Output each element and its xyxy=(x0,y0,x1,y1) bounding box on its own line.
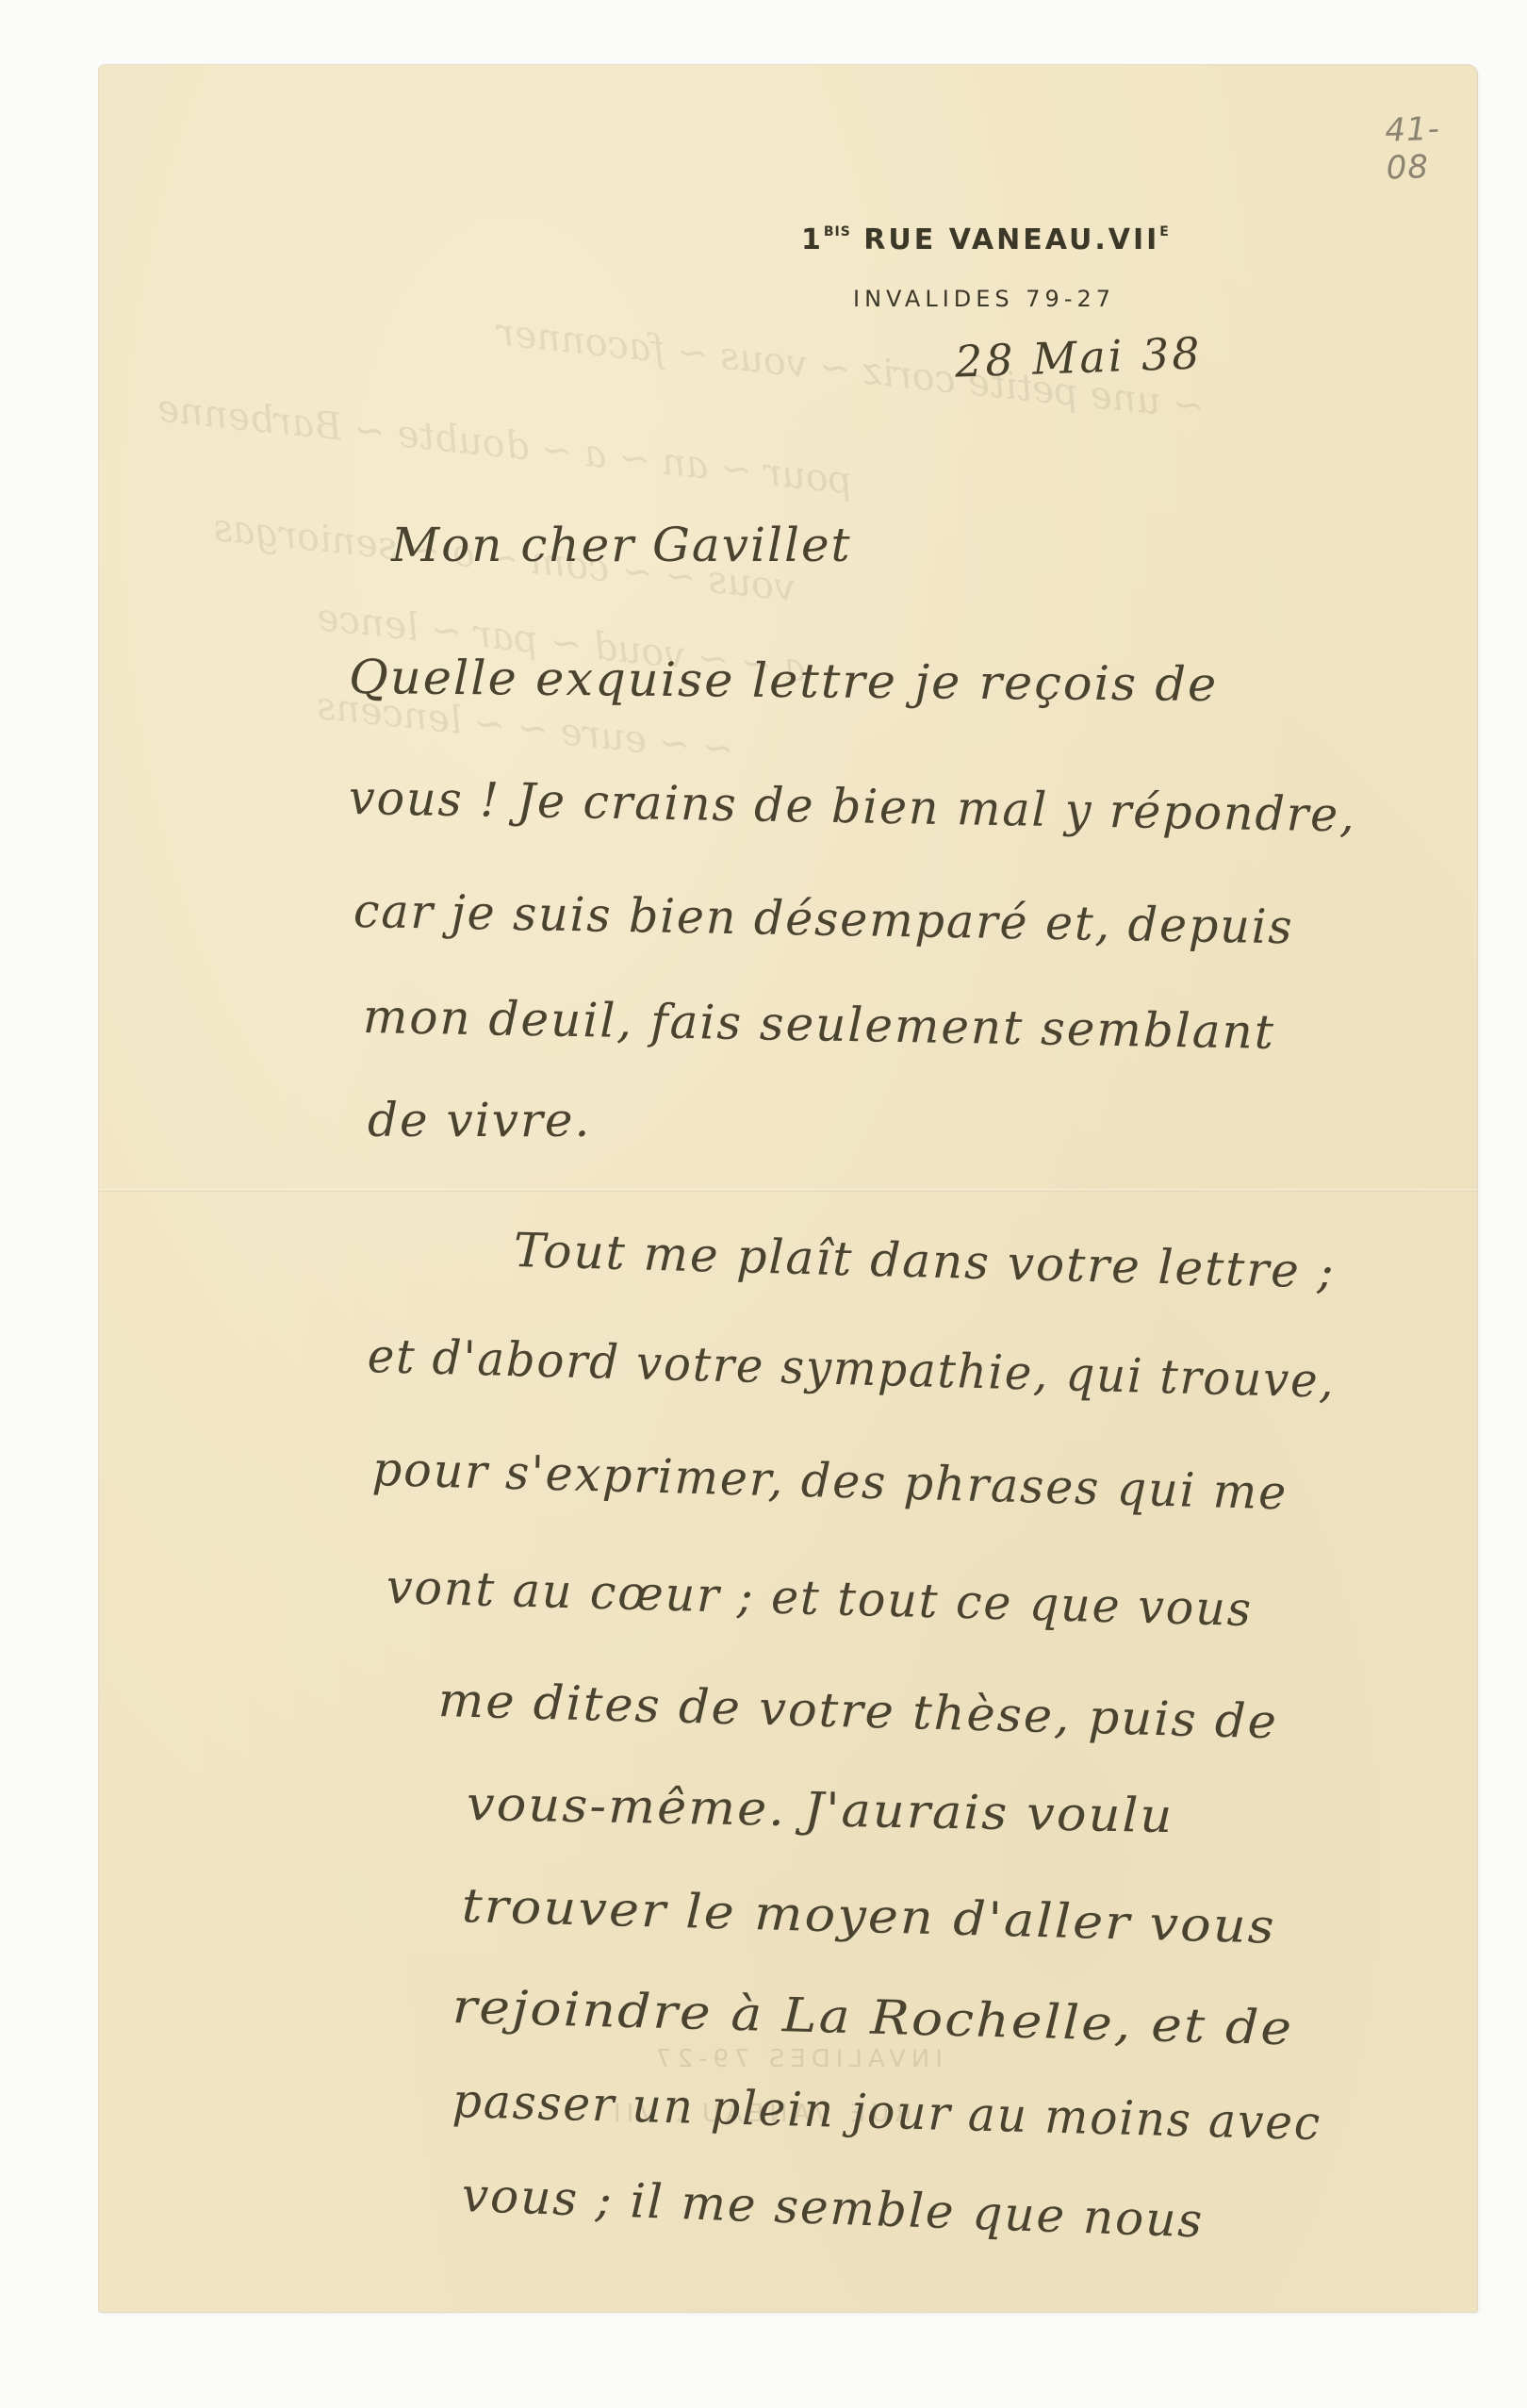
letterhead-number-suffix: BIS xyxy=(824,224,851,239)
letter-date: 28 Mai 38 xyxy=(954,327,1203,387)
letter-line: passer un plein jour au moins avec xyxy=(452,2073,1322,2151)
letter-sheet: ~ une petite coriz ~ vous ~ faconner pou… xyxy=(99,65,1477,2312)
letterhead-arrondissement-suffix: E xyxy=(1159,224,1170,239)
letter-line: pour s'exprimer, des phrases qui me xyxy=(371,1442,1289,1520)
letter-line: trouver le moyen d'aller vous xyxy=(461,1878,1276,1954)
letter-line: car je suis bien désemparé et, depuis xyxy=(353,883,1294,954)
letterhead-street: RUE VANEAU. xyxy=(863,223,1108,256)
letter-line: Tout me plaît dans votre lettre ; xyxy=(513,1223,1336,1299)
letter-line: Quelle exquise lettre je reçois de xyxy=(349,650,1219,712)
bleed-through-handwriting: pour ~ an ~ a ~ doubte ~ Barbenne xyxy=(156,387,855,503)
letter-line: vont au cœur ; et tout ce que vous xyxy=(386,1559,1253,1637)
letter-line: rejoindre à La Rochelle, et de xyxy=(452,1979,1294,2055)
letter-line: me dites de votre thèse, puis de xyxy=(437,1673,1278,1749)
letterhead-number: 1 xyxy=(801,223,824,256)
letterhead-telephone: INVALIDES 79-27 xyxy=(853,286,1115,312)
paper-fold-line xyxy=(99,1189,1477,1192)
letter-line: de vivre. xyxy=(368,1093,591,1147)
archive-number: 41-08 xyxy=(1385,108,1479,187)
letter-line: mon deuil, fais seulement semblant xyxy=(362,989,1275,1060)
letter-line: vous ; il me semble que nous xyxy=(461,2168,1205,2248)
letterhead-arrondissement: VII xyxy=(1108,223,1160,256)
letter-line: et d'abord votre sympathie, qui trouve, xyxy=(367,1328,1336,1409)
letter-line: vous ! Je crains de bien mal y répondre, xyxy=(348,770,1356,843)
bleed-through-letterhead: INVALIDES 79-27 xyxy=(650,2045,943,2073)
salutation: Mon cher Gavillet xyxy=(391,518,852,572)
letterhead-address: 1BIS RUE VANEAU.VIIE xyxy=(801,223,1170,256)
letter-line: vous-même. J'aurais voulu xyxy=(466,1776,1174,1843)
